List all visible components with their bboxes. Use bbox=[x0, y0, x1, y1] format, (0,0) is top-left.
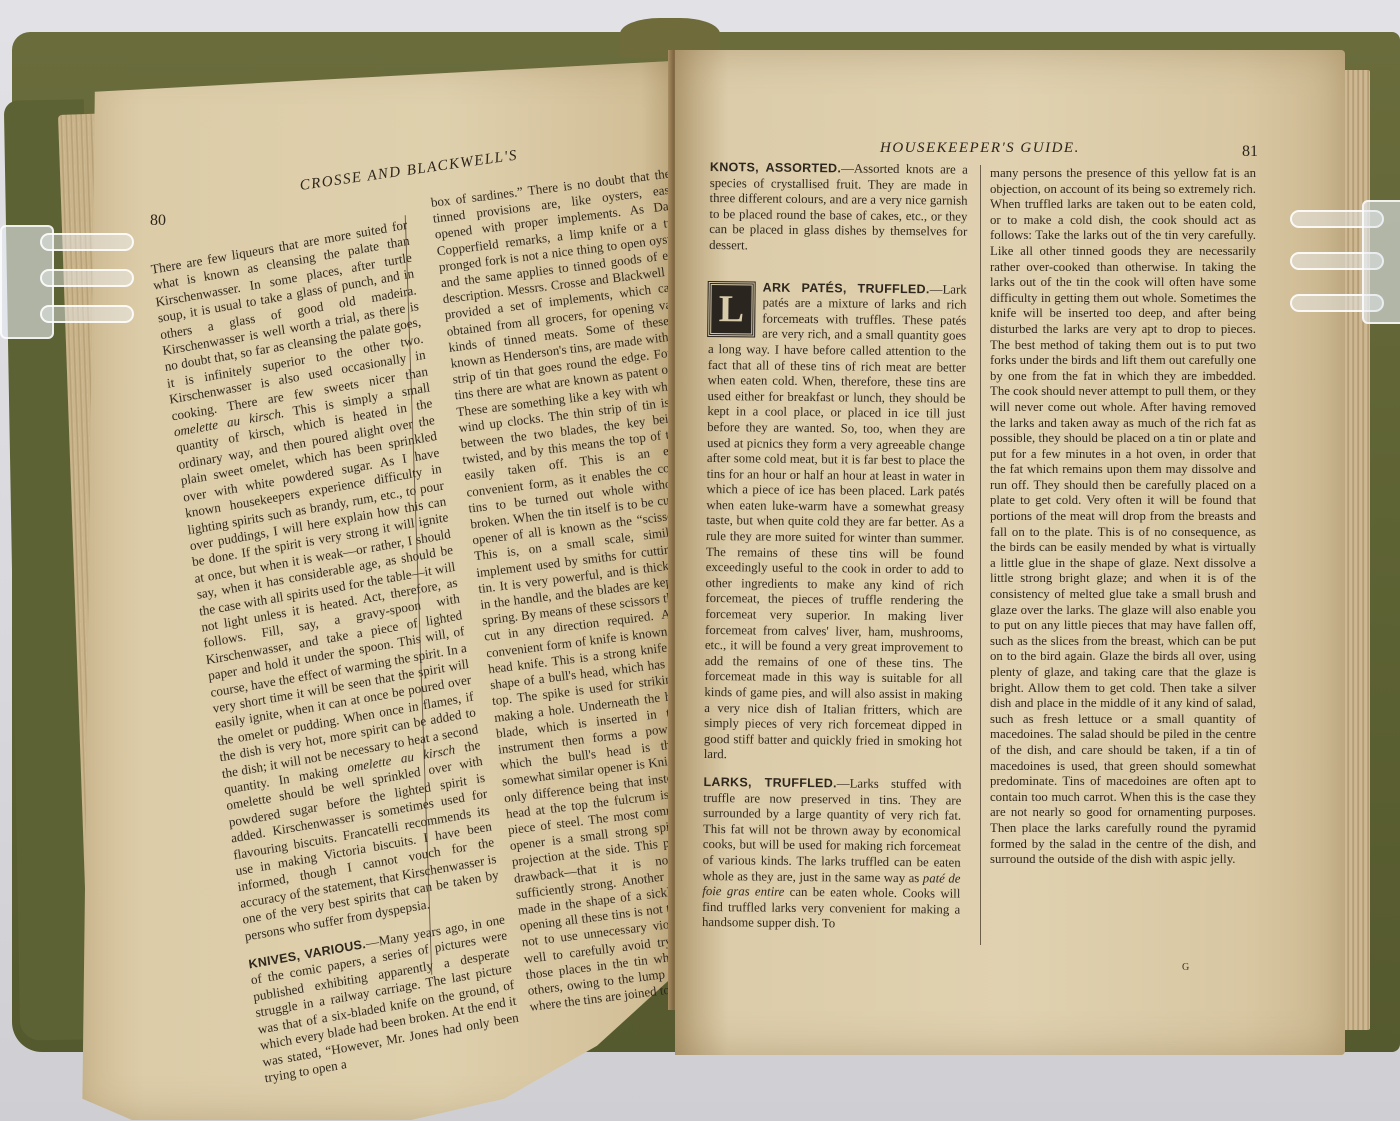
right-page-number: 81 bbox=[1242, 143, 1258, 161]
right-page-column-2: many persons the presence of this yellow… bbox=[990, 166, 1256, 868]
right-page-column-rule bbox=[980, 165, 981, 945]
right-page-column-1: KNOTS, ASSORTED.—Assorted knots are a sp… bbox=[702, 160, 968, 934]
knots-assorted-entry: KNOTS, ASSORTED.—Assorted knots are a sp… bbox=[709, 160, 968, 256]
knots-assorted-heading: KNOTS, ASSORTED. bbox=[710, 160, 841, 175]
left-page-number: 80 bbox=[150, 212, 166, 230]
larks-serving-paragraph: many persons the presence of this yellow… bbox=[990, 166, 1256, 868]
ornamental-dropcap-L: L bbox=[708, 282, 755, 336]
right-page-clip bbox=[1290, 200, 1400, 320]
lark-pates-entry: LARK PATÉS, TRUFFLED.—Lark patés are a m… bbox=[704, 280, 967, 766]
right-running-head: HOUSEKEEPER'S GUIDE. bbox=[880, 140, 1080, 157]
signature-mark: G bbox=[1182, 962, 1189, 973]
lark-pates-heading: ARK PATÉS, TRUFFLED. bbox=[763, 280, 930, 296]
left-page-clip bbox=[0, 225, 110, 345]
larks-truffled-entry: LARKS, TRUFFLED.—Larks stuffed with truf… bbox=[702, 775, 962, 934]
larks-truffled-heading: LARKS, TRUFFLED. bbox=[703, 775, 836, 790]
